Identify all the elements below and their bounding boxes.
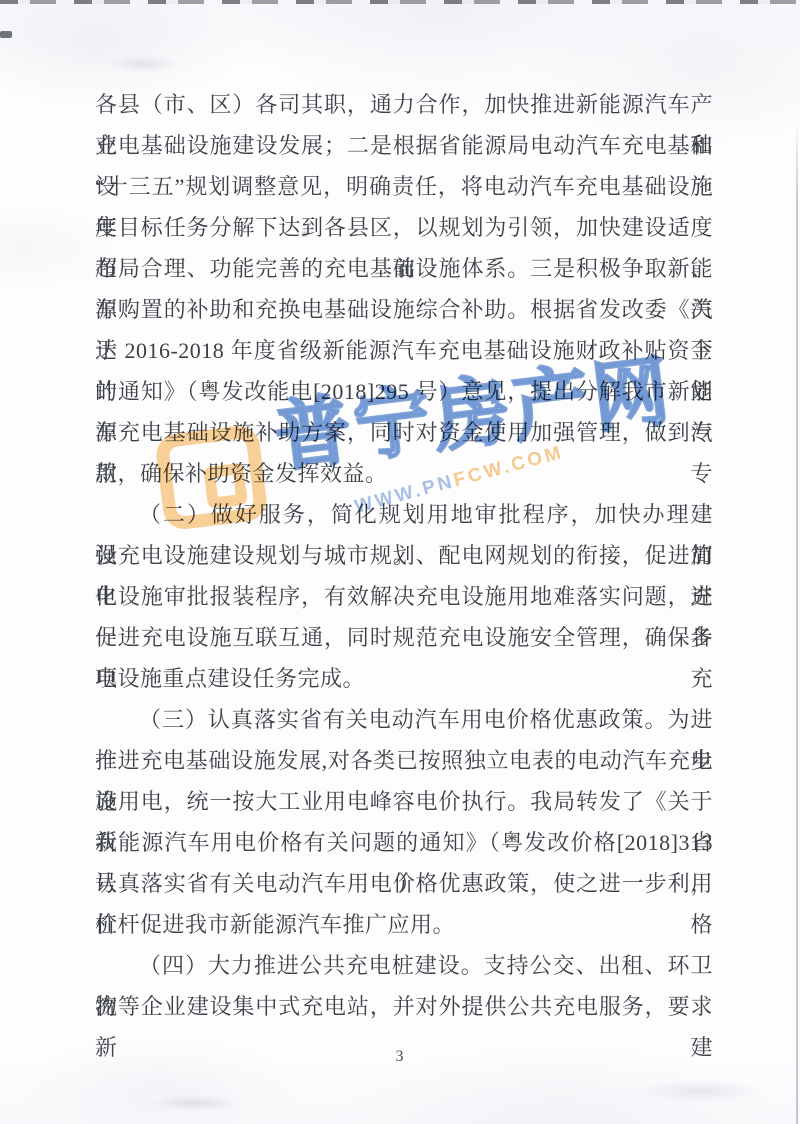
document-line: 的通知》（粤发改能电[2018]295 号）意见，提出分解我市新能源汽	[95, 371, 713, 412]
document-line: （三）认真落实省有关电动汽车用电价格优惠政策。为进一步	[95, 699, 713, 740]
document-line: 施用电，统一按大工业用电峰容电价执行。我局转发了《关于我省	[95, 781, 713, 822]
document-body-text: 各县（市、区）各司其职，通力合作，加快推进新能源汽车产业和充电基础设施建设发展；…	[95, 84, 713, 1027]
scan-artifact	[0, 31, 12, 38]
scan-artifact	[640, 1080, 760, 1102]
document-line: “十三五”规划调整意见，明确责任，将电动汽车充电基础设施年	[95, 166, 713, 207]
document-line: 电设施审批报装程序，有效解决充电设施用地难落实问题，进一步	[95, 576, 713, 617]
scan-edge-line	[796, 120, 798, 1124]
document-line: （四）大力推进公共充电桩建设。支持公交、出租、环卫物	[95, 945, 713, 986]
document-line: 推进充电基础设施发展,对各类已按照独立电表的电动汽车充电设	[95, 740, 713, 781]
document-line: 流等企业建设集中式充电站，并对外提供公共充电服务，要求新建	[95, 986, 713, 1027]
scanned-document-page: 各县（市、区）各司其职，通力合作，加快推进新能源汽车产业和充电基础设施建设发展；…	[0, 0, 800, 1124]
scan-artifact	[108, 55, 178, 73]
document-line: 达 2016-2018 年度省级新能源汽车充电基础设施财政补贴资金计划	[95, 330, 713, 371]
document-line: 度目标任务分解下达到各县区，以规划为引领，加快建设适度超前、	[95, 207, 713, 248]
document-line: 布局合理、功能完善的充电基础设施体系。三是积极争取新能源汽	[95, 248, 713, 289]
scan-artifact	[150, 1095, 240, 1111]
document-line: 强充电设施建设规划与城市规划、配电网规划的衔接，促进简化充	[95, 535, 713, 576]
document-line: 新能源汽车用电价格有关问题的通知》（粤发改价格[2018]313 号），	[95, 822, 713, 863]
document-line: 认真落实省有关电动汽车用电价格优惠政策，使之进一步利用价格	[95, 863, 713, 904]
document-line: 各县（市、区）各司其职，通力合作，加快推进新能源汽车产业和	[95, 84, 713, 125]
document-line: 促进充电设施互联互通，同时规范充电设施安全管理，确保各项充	[95, 617, 713, 658]
page-number: 3	[0, 1048, 800, 1066]
document-line: （二）做好服务，简化规划用地审批程序，加快办理建设。加	[95, 494, 713, 535]
scan-edge-artifact	[0, 0, 800, 4]
document-line: 充电基础设施建设发展；二是根据省能源局电动汽车充电基础设施	[95, 125, 713, 166]
document-line: 车购置的补助和充换电基础设施综合补助。根据省发改委《关于下	[95, 289, 713, 330]
document-line: 车充电基础设施补助方案，同时对资金使用加强管理，做到专款专	[95, 412, 713, 453]
